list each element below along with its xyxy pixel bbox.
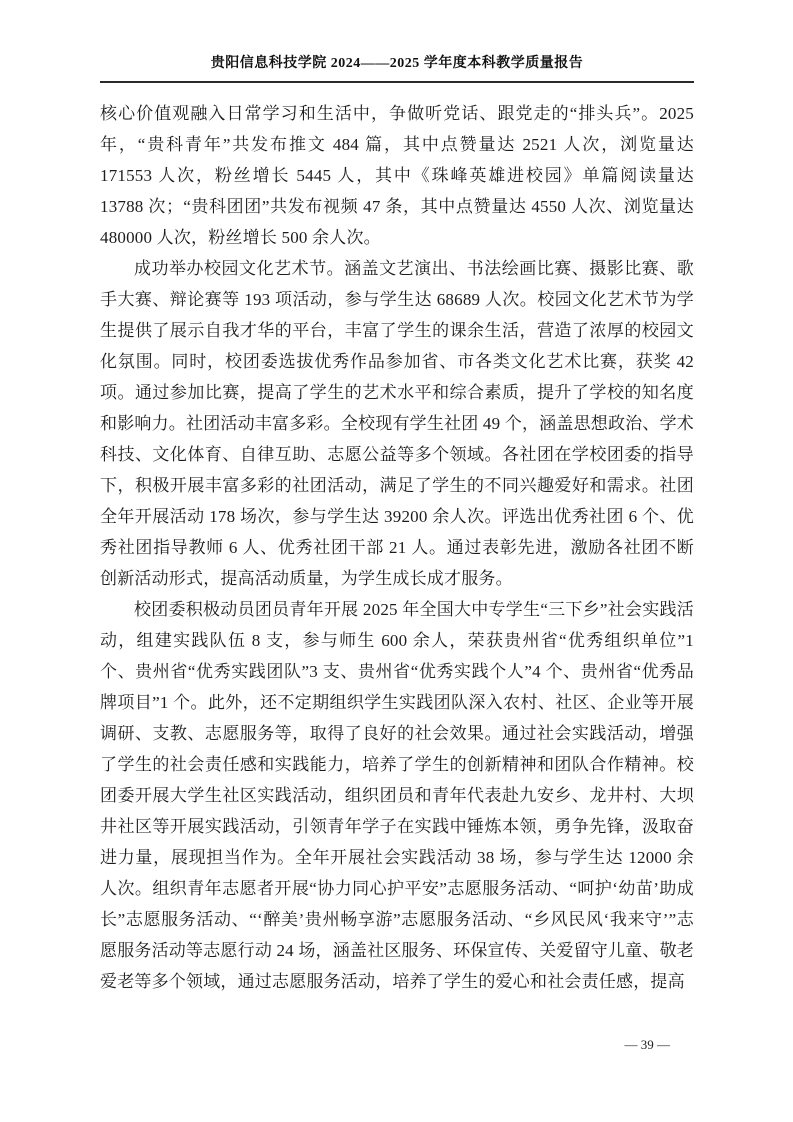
page-footer: — 39 — bbox=[625, 1036, 671, 1054]
paragraph-campus-culture: 成功举办校园文化艺术节。涵盖文艺演出、书法绘画比赛、摄影比赛、歌手大赛、辩论赛等… bbox=[100, 253, 694, 594]
paragraph-continuation: 核心价值观融入日常学习和生活中，争做听党话、跟党走的“排头兵”。2025 年，“… bbox=[100, 98, 694, 253]
paragraph-social-practice: 校团委积极动员团员青年开展 2025 年全国大中专学生“三下乡”社会实践活动，组… bbox=[100, 594, 694, 997]
header-title: 贵阳信息科技学院 2024——2025 学年度本科教学质量报告 bbox=[100, 54, 694, 74]
document-page: 贵阳信息科技学院 2024——2025 学年度本科教学质量报告 核心价值观融入日… bbox=[0, 0, 793, 1122]
document-body: 核心价值观融入日常学习和生活中，争做听党话、跟党走的“排头兵”。2025 年，“… bbox=[100, 98, 694, 997]
page-number: — 39 — bbox=[625, 1037, 671, 1052]
page-header: 贵阳信息科技学院 2024——2025 学年度本科教学质量报告 bbox=[100, 54, 694, 83]
